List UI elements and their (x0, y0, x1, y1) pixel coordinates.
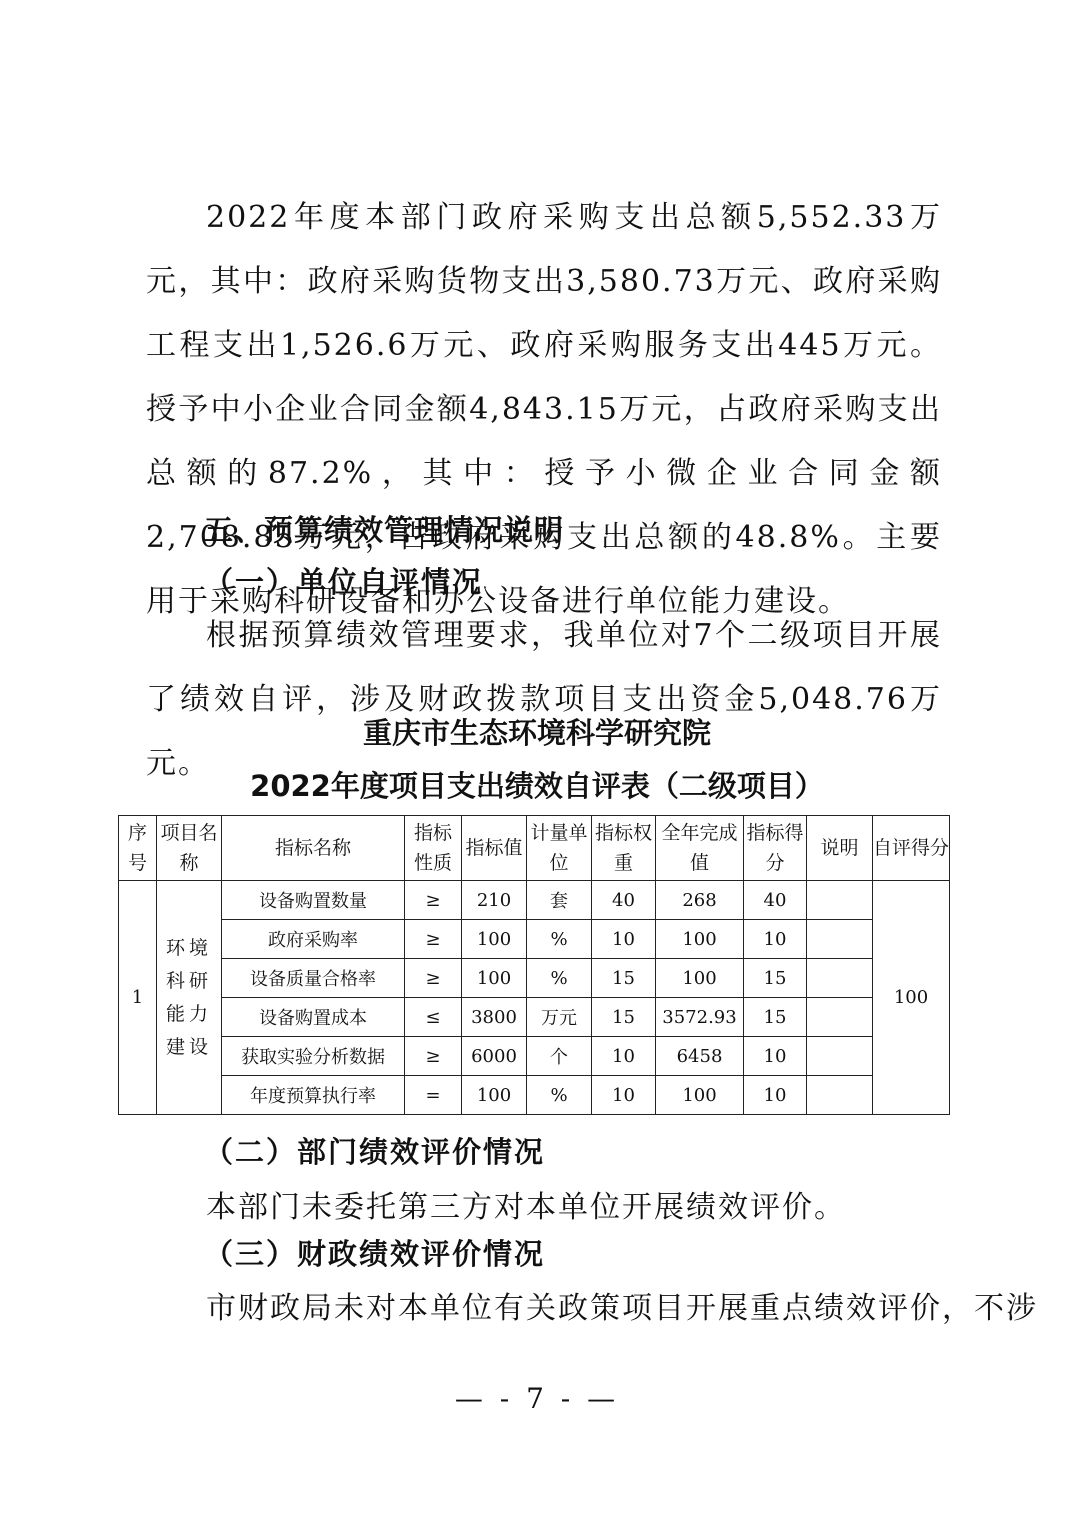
indicator-note (807, 1037, 873, 1076)
table-row: 设备质量合格率 ≥ 100 % 15 100 15 (119, 959, 950, 998)
indicator-name: 政府采购率 (222, 920, 405, 959)
indicator-nature: ≥ (405, 881, 462, 920)
indicator-unit: 万元 (527, 998, 592, 1037)
indicator-name: 设备质量合格率 (222, 959, 405, 998)
subsection-2-heading: （二）部门绩效评价情况 (204, 1132, 545, 1172)
header-project-name: 项目名称 (157, 816, 222, 881)
header-indicator-nature: 指标性质 (405, 816, 462, 881)
indicator-value: 3800 (462, 998, 527, 1037)
subsection-1-heading: （一）单位自评情况 (204, 562, 483, 602)
indicator-score: 10 (744, 920, 807, 959)
indicator-note (807, 881, 873, 920)
indicator-unit: % (527, 1076, 592, 1115)
indicator-score: 10 (744, 1037, 807, 1076)
indicator-score: 10 (744, 1076, 807, 1115)
indicator-actual: 100 (656, 1076, 744, 1115)
table-title-org: 重庆市生态环境科学研究院 (0, 713, 1074, 753)
header-unit: 计量单位 (527, 816, 592, 881)
header-weight: 指标权重 (592, 816, 656, 881)
indicator-note (807, 959, 873, 998)
subsection-3-body: 市财政局未对本单位有关政策项目开展重点绩效评价，不涉 (146, 1277, 942, 1341)
indicator-unit: 套 (527, 881, 592, 920)
indicator-actual: 3572.93 (656, 998, 744, 1037)
indicator-weight: 10 (592, 920, 656, 959)
indicator-note (807, 920, 873, 959)
header-actual: 全年完成值 (656, 816, 744, 881)
indicator-name: 设备购置数量 (222, 881, 405, 920)
indicator-unit: % (527, 959, 592, 998)
indicator-value: 100 (462, 920, 527, 959)
indicator-unit: % (527, 920, 592, 959)
indicator-value: 210 (462, 881, 527, 920)
indicator-actual: 6458 (656, 1037, 744, 1076)
indicator-note (807, 1076, 873, 1115)
indicator-weight: 10 (592, 1076, 656, 1115)
indicator-actual: 268 (656, 881, 744, 920)
table-row: 年度预算执行率 = 100 % 10 100 10 (119, 1076, 950, 1115)
indicator-actual: 100 (656, 920, 744, 959)
indicator-weight: 15 (592, 959, 656, 998)
section-5-heading: 五、预算绩效管理情况说明 (204, 510, 564, 550)
project-self-score: 100 (873, 881, 950, 1115)
performance-table: 序号 项目名称 指标名称 指标性质 指标值 计量单位 指标权重 全年完成值 指标… (118, 815, 950, 1115)
indicator-score: 15 (744, 998, 807, 1037)
indicator-nature: = (405, 1076, 462, 1115)
indicator-name: 设备购置成本 (222, 998, 405, 1037)
indicator-nature: ≥ (405, 1037, 462, 1076)
indicator-actual: 100 (656, 959, 744, 998)
header-self-score: 自评得分 (873, 816, 950, 881)
indicator-note (807, 998, 873, 1037)
indicator-weight: 10 (592, 1037, 656, 1076)
indicator-unit: 个 (527, 1037, 592, 1076)
indicator-weight: 40 (592, 881, 656, 920)
indicator-weight: 15 (592, 998, 656, 1037)
subsection-3-heading: （三）财政绩效评价情况 (204, 1234, 545, 1274)
header-indicator-value: 指标值 (462, 816, 527, 881)
header-score: 指标得分 (744, 816, 807, 881)
page-number: — - 7 - — (0, 1382, 1074, 1415)
indicator-nature: ≥ (405, 959, 462, 998)
indicator-value: 6000 (462, 1037, 527, 1076)
indicator-score: 15 (744, 959, 807, 998)
header-index: 序号 (119, 816, 157, 881)
header-indicator-name: 指标名称 (222, 816, 405, 881)
indicator-score: 40 (744, 881, 807, 920)
indicator-name: 年度预算执行率 (222, 1076, 405, 1115)
project-index: 1 (119, 881, 157, 1115)
project-name: 环境科研能力建设 (157, 881, 222, 1115)
indicator-value: 100 (462, 959, 527, 998)
table-row: 设备购置成本 ≤ 3800 万元 15 3572.93 15 (119, 998, 950, 1037)
table-row: 1 环境科研能力建设 设备购置数量 ≥ 210 套 40 268 40 100 (119, 881, 950, 920)
table-row: 政府采购率 ≥ 100 % 10 100 10 (119, 920, 950, 959)
indicator-nature: ≤ (405, 998, 462, 1037)
header-note: 说明 (807, 816, 873, 881)
table-title-main: 2022年度项目支出绩效自评表（二级项目） (0, 766, 1074, 806)
indicator-value: 100 (462, 1076, 527, 1115)
indicator-name: 获取实验分析数据 (222, 1037, 405, 1076)
subsection-2-body: 本部门未委托第三方对本单位开展绩效评价。 (146, 1176, 942, 1240)
table-header-row: 序号 项目名称 指标名称 指标性质 指标值 计量单位 指标权重 全年完成值 指标… (119, 816, 950, 881)
table-row: 获取实验分析数据 ≥ 6000 个 10 6458 10 (119, 1037, 950, 1076)
indicator-nature: ≥ (405, 920, 462, 959)
